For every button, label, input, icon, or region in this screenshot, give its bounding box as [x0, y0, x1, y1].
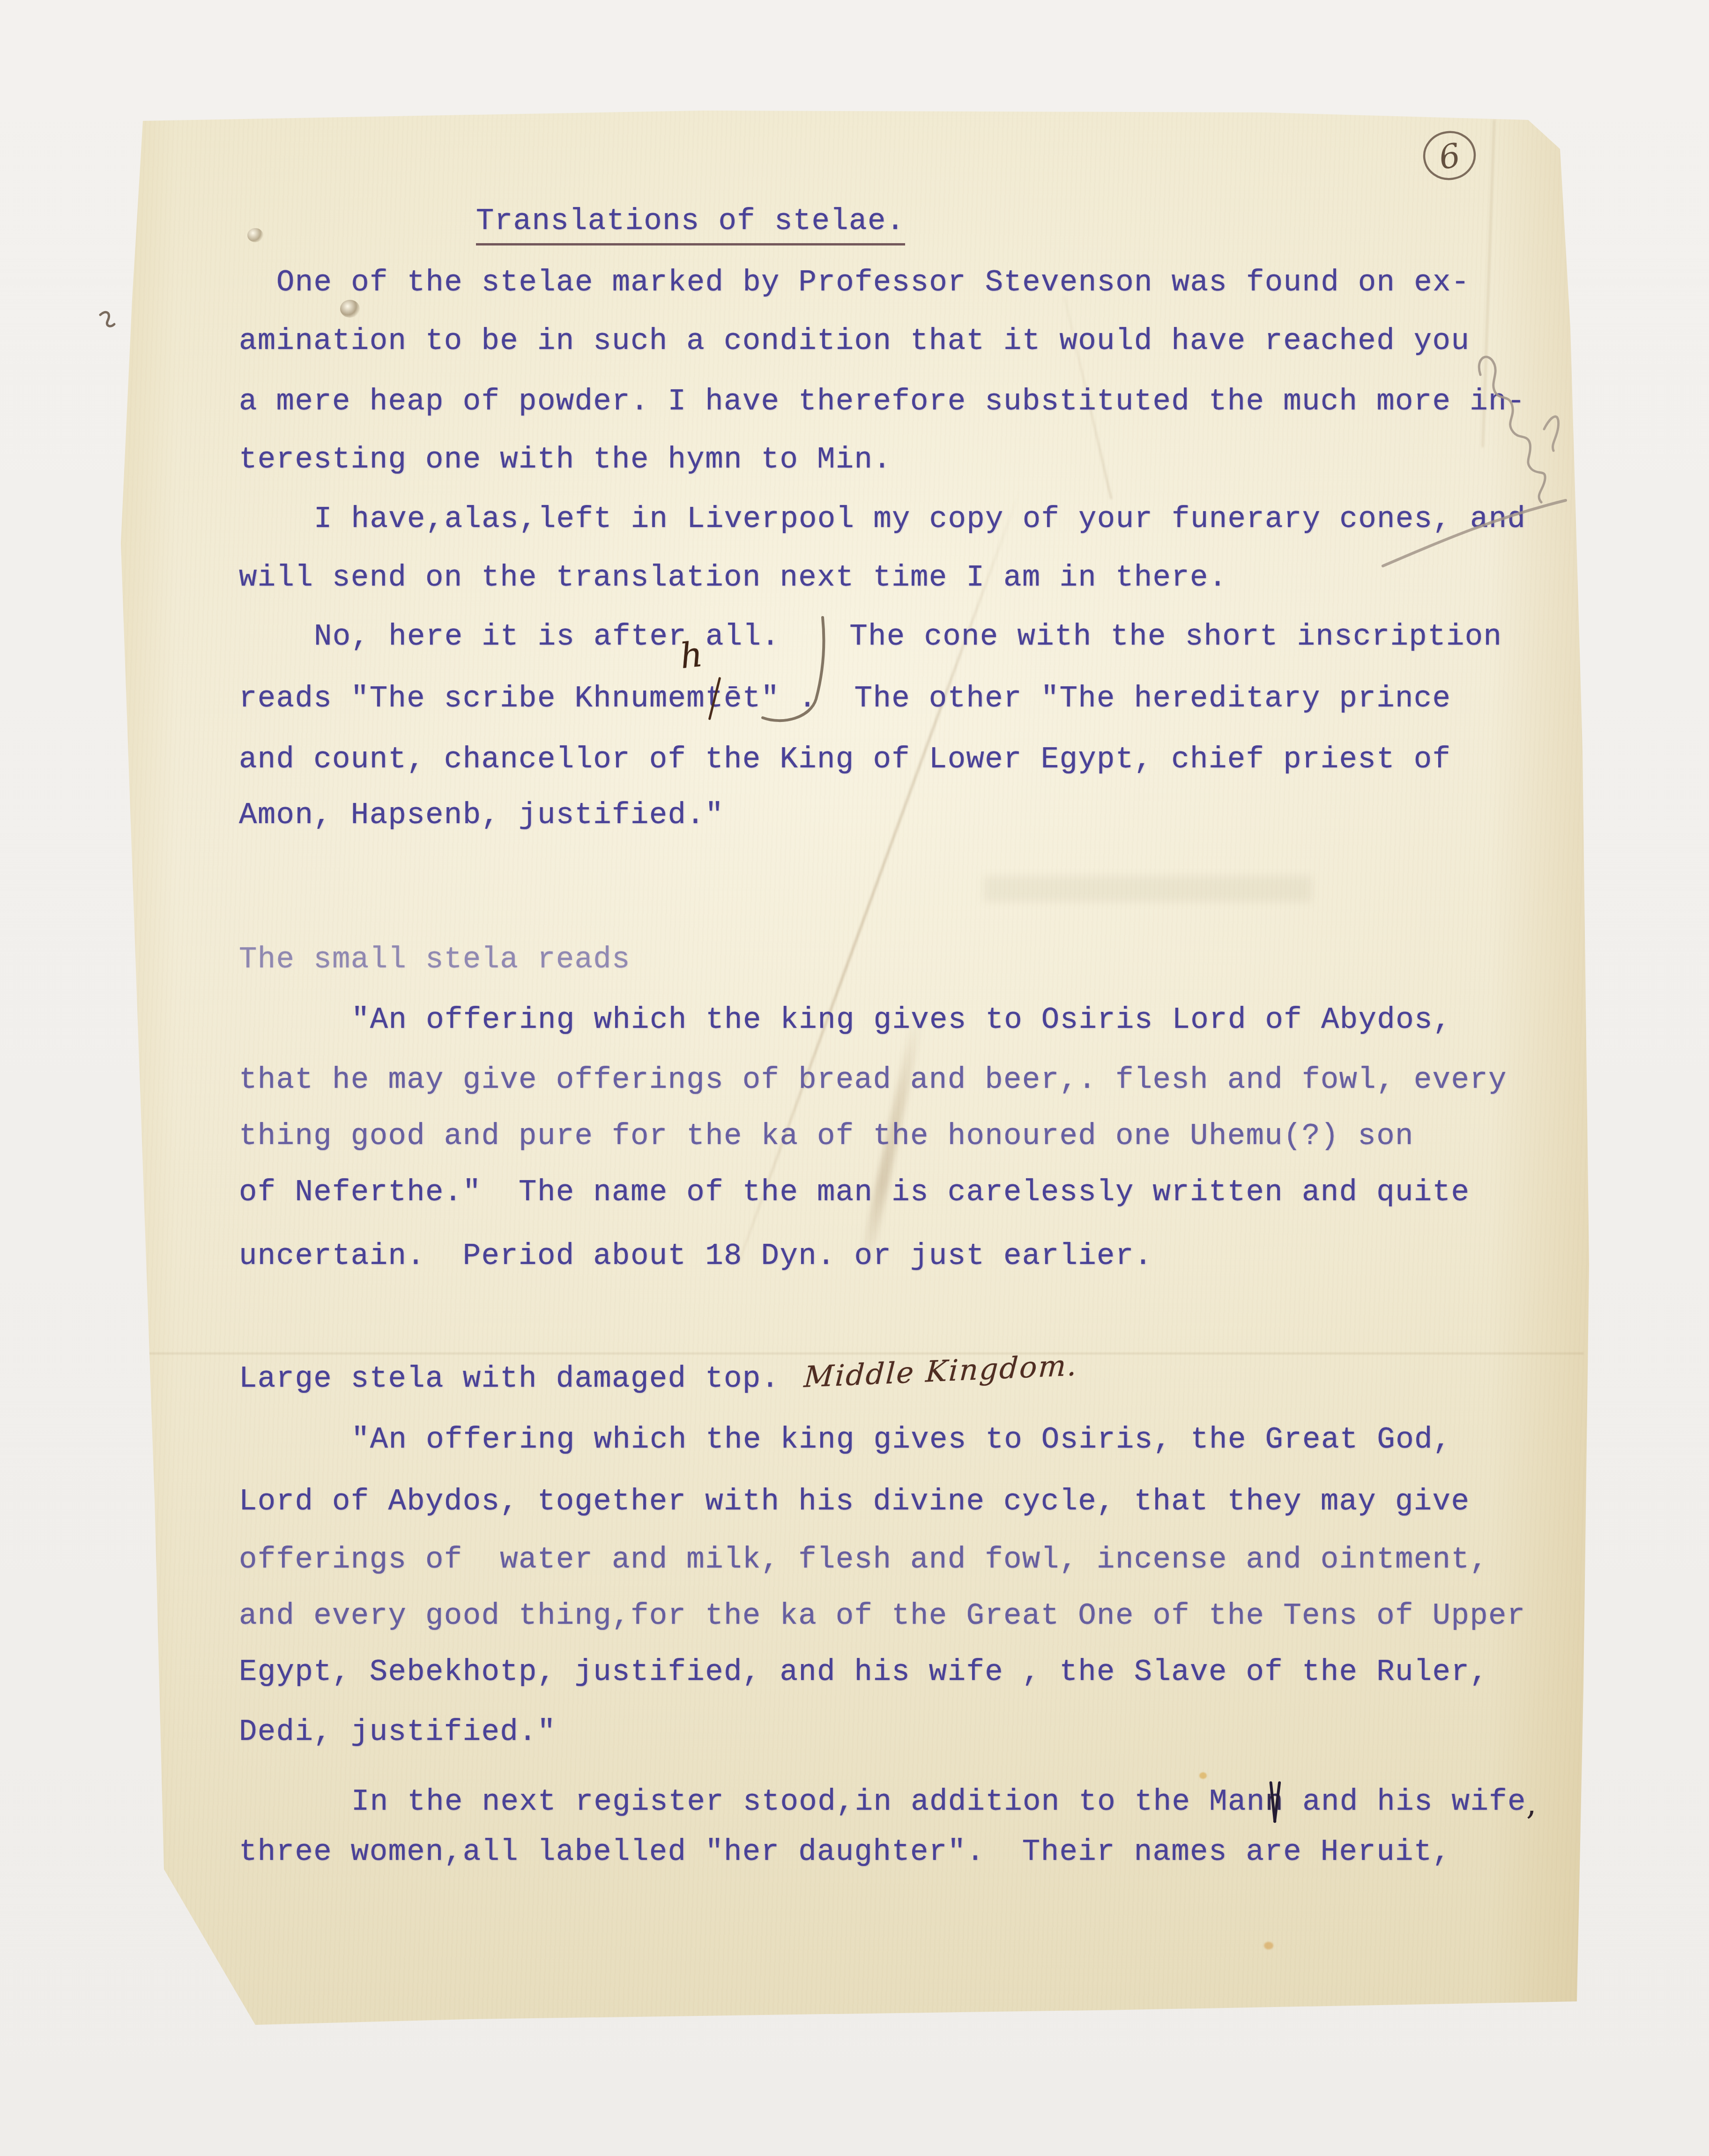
typed-line: a mere heap of powder. I have therefore …	[239, 385, 1574, 434]
edge-pencil-mark	[100, 312, 114, 326]
document-page: Translations of stelae. One of the stela…	[117, 105, 1593, 2031]
typed-text: I have,alas,left in Liverpool my copy of…	[239, 503, 1526, 536]
handwritten-comma: ,	[1526, 1784, 1537, 1822]
typed-line: will send on the translation next time I…	[239, 561, 1574, 610]
typed-line: Large stela with damaged top.Middle King…	[239, 1360, 1574, 1408]
page-title: Translations of stelae.	[476, 205, 905, 245]
struck-character: t	[705, 682, 724, 716]
typed-line: amination to be in such a condition that…	[239, 325, 1574, 373]
title-row: Translations of stelae.	[476, 205, 905, 238]
typed-line: I have,alas,left in Liverpool my copy of…	[239, 503, 1574, 551]
typed-text: reads "The scribe Khnumem	[239, 682, 705, 716]
typed-text: Dedi, justified."	[239, 1716, 556, 1749]
typed-text: and his wife	[1284, 1785, 1526, 1819]
typed-line: that he may give offerings of bread and …	[239, 1063, 1574, 1112]
paper-stain	[1199, 1772, 1207, 1779]
typed-line: and every good thing,for the ka of the G…	[239, 1599, 1574, 1648]
typed-text: offerings of water and milk, flesh and f…	[239, 1543, 1488, 1577]
typed-text: uncertain. Period about 18 Dyn. or just …	[239, 1240, 1153, 1273]
typed-text: In the next register stood,in addition t…	[239, 1785, 1265, 1819]
paper-crease	[126, 1353, 1583, 1354]
typed-text: The cone with the short inscription	[849, 620, 1502, 654]
typed-text: One of the stelae marked by Professor St…	[239, 266, 1470, 300]
typed-line: "An offering which the king gives to Osi…	[239, 1423, 1574, 1472]
typed-text: ēt" . The other "The hereditary prince	[724, 682, 1451, 716]
typed-text: "An offering which the king gives to Osi…	[239, 1004, 1452, 1037]
typed-line: thing good and pure for the ka of the ho…	[239, 1120, 1574, 1168]
typed-text: that he may give offerings of bread and …	[239, 1063, 1507, 1097]
typed-text: Amon, Hapsenb, justified."	[239, 799, 724, 833]
typed-text: Large stela with damaged top.	[239, 1362, 780, 1396]
typed-line: "An offering which the king gives to Osi…	[239, 1004, 1574, 1052]
paper-stain	[1264, 1942, 1273, 1949]
typed-line: reads "The scribe Khnumemtēt" . The othe…	[239, 682, 1574, 731]
photo-background: Translations of stelae. One of the stela…	[0, 0, 1709, 2156]
typed-line: No, here it is after all.The cone with t…	[239, 620, 1574, 669]
typed-line: of Neferthe." The name of the man is car…	[239, 1176, 1574, 1225]
typed-text: a mere heap of powder. I have therefore …	[239, 385, 1526, 419]
typed-line: three women,all labelled "her daughter".…	[239, 1836, 1574, 1884]
typed-line: The small stela reads	[239, 943, 1574, 992]
typed-text: The small stela reads	[239, 943, 631, 977]
typed-text: will send on the translation next time I…	[239, 561, 1227, 595]
typed-line: offerings of water and milk, flesh and f…	[239, 1543, 1574, 1592]
paper-dent	[247, 228, 263, 242]
typed-text: teresting one with the hymn to Min.	[239, 443, 892, 477]
typed-line: Dedi, justified."	[239, 1716, 1574, 1764]
typed-text: thing good and pure for the ka of the ho…	[239, 1120, 1414, 1153]
typed-text: of Neferthe." The name of the man is car…	[239, 1176, 1470, 1210]
typed-text: three women,all labelled "her daughter".…	[239, 1836, 1451, 1869]
typed-text: and count, chancellor of the King of Low…	[239, 743, 1451, 777]
handwritten-note-middle-kingdom: Middle Kingdom.	[803, 1348, 1079, 1394]
typed-line: teresting one with the hymn to Min.	[239, 443, 1574, 492]
typed-line: and count, chancellor of the King of Low…	[239, 743, 1574, 792]
typed-text: and every good thing,for the ka of the G…	[239, 1599, 1526, 1633]
typed-line: uncertain. Period about 18 Dyn. or just …	[239, 1240, 1574, 1288]
handwritten-inserted-letter: h	[678, 634, 705, 677]
typed-line: Lord of Abydos, together with his divine…	[239, 1485, 1574, 1534]
typed-line: Egypt, Sebekhotp, justified, and his wif…	[239, 1656, 1574, 1704]
typed-text: "An offering which the king gives to Osi…	[239, 1423, 1452, 1457]
typed-line: One of the stelae marked by Professor St…	[239, 266, 1574, 315]
typed-text: Lord of Abydos, together with his divine…	[239, 1485, 1470, 1519]
typed-line: In the next register stood,in addition t…	[239, 1779, 1574, 1828]
typed-text: amination to be in such a condition that…	[239, 325, 1470, 358]
typed-line: Amon, Hapsenb, justified."	[239, 799, 1574, 848]
struck-character: n	[1265, 1785, 1284, 1819]
paper-smudge	[984, 876, 1312, 902]
typed-text: Egypt, Sebekhotp, justified, and his wif…	[239, 1656, 1488, 1689]
